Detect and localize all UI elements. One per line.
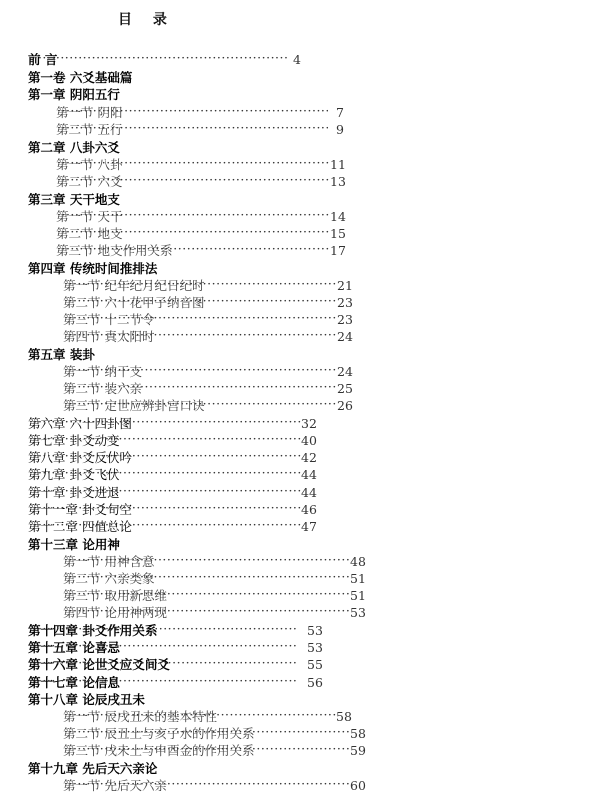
- page-number: 44: [301, 466, 317, 484]
- page-number: 26: [337, 397, 353, 415]
- page-number: 7: [336, 104, 344, 122]
- page-number: 24: [337, 328, 353, 346]
- page-number: 48: [350, 553, 366, 571]
- page-number: 53: [307, 622, 323, 640]
- page-number: 25: [337, 380, 353, 398]
- dot-leader: ········································…: [29, 482, 301, 500]
- page-number: 44: [301, 484, 317, 502]
- dot-leader: ········································…: [64, 602, 350, 620]
- page-number: 58: [350, 725, 366, 743]
- page-number: 9: [336, 121, 344, 139]
- page-number: 23: [337, 294, 353, 312]
- dot-leader: ········································…: [64, 740, 350, 758]
- page-number: 32: [301, 415, 317, 433]
- dot-leader: ········································…: [64, 723, 350, 741]
- dot-leader: ········································…: [29, 49, 287, 67]
- dot-leader: ········································…: [29, 620, 298, 638]
- dot-leader: ········································…: [57, 223, 330, 241]
- page-number: 14: [330, 208, 346, 226]
- page-number: 21: [337, 277, 353, 295]
- toc-chapter[interactable]: 前 言·····································…: [28, 51, 57, 69]
- page-number: 23: [337, 311, 353, 329]
- dot-leader: ········································…: [57, 171, 330, 189]
- toc-chapter[interactable]: 第一卷 六爻基础篇: [28, 69, 132, 87]
- page-number: 15: [330, 225, 346, 243]
- dot-leader: ········································…: [29, 637, 298, 655]
- dot-leader: ········································…: [29, 654, 298, 672]
- page-number: 59: [350, 742, 366, 760]
- toc-section[interactable]: 第四节 真太阳时································…: [63, 328, 154, 346]
- dot-leader: ········································…: [64, 706, 336, 724]
- dot-leader: ········································…: [64, 275, 337, 293]
- dot-leader: ········································…: [57, 206, 330, 224]
- dot-leader: ········································…: [64, 775, 350, 793]
- dot-leader: ········································…: [57, 102, 328, 120]
- page-title: 目 录: [118, 9, 175, 29]
- dot-leader: ········································…: [64, 551, 350, 569]
- dot-leader: ········································…: [29, 516, 301, 534]
- page-number: 60: [350, 777, 366, 795]
- dot-leader: ········································…: [57, 119, 328, 137]
- dot-leader: ········································…: [29, 447, 301, 465]
- toc-section[interactable]: 第一节 先后天六亲·······························…: [63, 777, 167, 795]
- page-number: 53: [350, 604, 366, 622]
- toc-section[interactable]: 第三节 地支作用关系······························…: [56, 242, 172, 260]
- toc-section[interactable]: 第二节 六爻··································…: [56, 173, 122, 191]
- dot-leader: ········································…: [64, 378, 337, 396]
- dot-leader: ········································…: [29, 430, 301, 448]
- page-number: 42: [301, 449, 317, 467]
- dot-leader: ········································…: [64, 568, 350, 586]
- dot-leader: ········································…: [64, 292, 337, 310]
- page-number: 4: [293, 51, 301, 69]
- page-number: 40: [301, 432, 317, 450]
- dot-leader: ········································…: [29, 499, 301, 517]
- dot-leader: ········································…: [64, 395, 337, 413]
- page-number: 47: [301, 518, 317, 536]
- page-number: 46: [301, 501, 317, 519]
- toc-section[interactable]: 第二节 五行··································…: [56, 121, 122, 139]
- dot-leader: ········································…: [64, 585, 350, 603]
- dot-leader: ········································…: [29, 672, 298, 690]
- dot-leader: ········································…: [57, 240, 330, 258]
- dot-leader: ········································…: [29, 464, 301, 482]
- page-number: 17: [330, 242, 346, 260]
- page-number: 55: [307, 656, 323, 674]
- page-number: 53: [307, 639, 323, 657]
- toc-chapter[interactable]: 第十二章 四值总论·······························…: [28, 518, 132, 536]
- page-number: 13: [330, 173, 346, 191]
- dot-leader: ········································…: [64, 361, 337, 379]
- page-number: 56: [307, 674, 323, 692]
- toc-section[interactable]: 第三节 戌未土与申酉金的作用关系························…: [63, 742, 254, 760]
- toc-chapter[interactable]: 第十七章 论信息································…: [28, 674, 120, 692]
- dot-leader: ········································…: [64, 309, 337, 327]
- page-number: 11: [330, 156, 346, 174]
- dot-leader: ········································…: [64, 326, 337, 344]
- page-number: 24: [337, 363, 353, 381]
- toc-label: 第一卷 六爻基础篇: [28, 69, 132, 87]
- page-number: 51: [350, 570, 366, 588]
- page-number: 51: [350, 587, 366, 605]
- dot-leader: ········································…: [57, 154, 330, 172]
- dot-leader: ········································…: [29, 413, 301, 431]
